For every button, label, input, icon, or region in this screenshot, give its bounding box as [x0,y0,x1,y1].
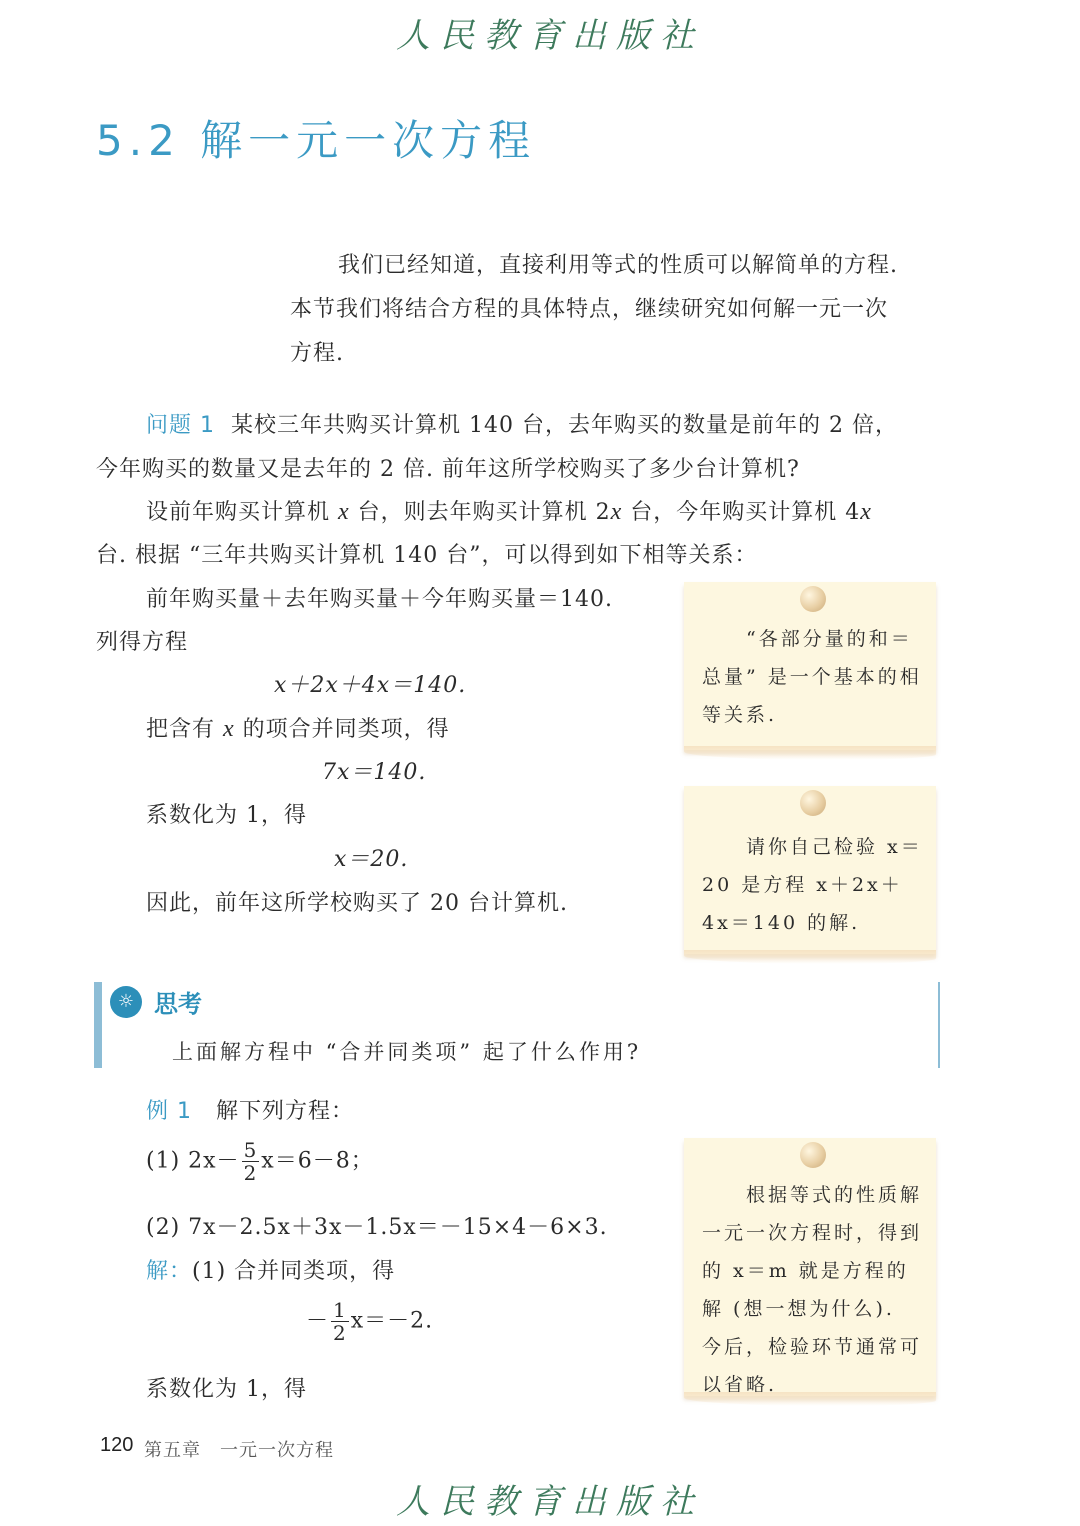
variable-x: x [860,499,872,525]
think-question: 上面解方程中 “合并同类项” 起了什么作用? [172,1036,641,1066]
variable-x: x [223,716,235,742]
sol-eq-suffix: x＝－2. [351,1309,433,1334]
solution-step-1: (1) 合并同类项，得 [192,1259,395,1284]
intro-line-1: 我们已经知道，直接利用等式的性质可以解简单的方程. [338,248,898,279]
think-label: 思考 [154,984,202,1019]
problem-1-line-2: 今年购买的数量又是去年的 2 倍. 前年这所学校购买了多少台计算机? [96,452,800,483]
publisher-logo-bottom: 人民教育出版社 [396,1474,704,1523]
side-note-1-text: “各部分量的和＝总量” 是一个基本的相等关系. [702,620,924,734]
think-right-bar [938,982,940,1068]
combine-like-terms: 把含有 x 的项合并同类项，得 [146,712,450,743]
pin-icon [800,586,826,612]
numerator: 1 [331,1300,349,1322]
example-1-equation-2: (2) 7x－2.5x＋3x－1.5x＝－15×4－6×3. [146,1210,608,1241]
solution-label: 解： [146,1259,192,1284]
paper-curl [684,950,936,964]
setup-line-1: 设前年购买计算机 x 台，则去年购买计算机 2x 台，今年购买计算机 4x [146,495,872,526]
setup-text-a: 设前年购买计算机 [146,500,338,525]
combine-text-a: 把含有 [146,717,223,742]
setup-line-2: 台. 根据 “三年共购买计算机 140 台”，可以得到如下相等关系： [96,538,757,569]
problem-1-line-1: 某校三年共购买计算机 140 台，去年购买的数量是前年的 2 倍， [231,413,898,438]
pin-icon [800,790,826,816]
eq1-prefix: (1) 2x－ [146,1149,240,1174]
publisher-logo-top: 人民教育出版社 [396,8,704,57]
equality-relation: 前年购买量＋去年购买量＋今年购买量＝140. [146,582,613,613]
fraction-1-over-2: 12 [331,1300,349,1343]
chapter-title: 第五章 一元一次方程 [144,1436,334,1462]
sol-eq-prefix: － [306,1309,329,1334]
lightbulb-icon: ☼ [110,986,142,1018]
side-note-3: 根据等式的性质解一元一次方程时，得到的 x＝m 就是方程的解 (想一想为什么).… [684,1138,936,1396]
pin-icon [800,1142,826,1168]
solution-equation: －12x＝－2. [306,1300,433,1343]
combine-text-b: 的项合并同类项，得 [235,717,450,742]
side-note-1: “各部分量的和＝总量” 是一个基本的相等关系. [684,582,936,750]
think-left-bar [94,982,102,1068]
section-title: 5.2 解一元一次方程 [96,108,536,168]
intro-line-2: 本节我们将结合方程的具体特点，继续研究如何解一元一次 [290,292,888,323]
side-note-3-text: 根据等式的性质解一元一次方程时，得到的 x＝m 就是方程的解 (想一想为什么).… [702,1176,924,1404]
example-1-label: 例 1 [146,1099,192,1124]
eq1-suffix: x＝6－8； [261,1149,373,1174]
paper-curl [684,746,936,760]
intro-line-3: 方程. [290,336,344,367]
solution-line-1: 解：(1) 合并同类项，得 [146,1254,395,1285]
side-note-2-text: 请你自己检验 x＝20 是方程 x＋2x＋4x＝140 的解. [702,828,924,942]
setup-text-c: 台，今年购买计算机 4 [622,500,860,525]
think-box: ☼ 思考 上面解方程中 “合并同类项” 起了什么作用? [94,982,940,1068]
page-number: 120 [100,1434,133,1457]
numerator: 5 [242,1140,260,1162]
example-1-equation-1: (1) 2x－52x＝6－8； [146,1140,374,1183]
side-note-2: 请你自己检验 x＝20 是方程 x＋2x＋4x＝140 的解. [684,786,936,954]
fraction-5-over-2: 52 [242,1140,260,1183]
problem-1: 问题 1 某校三年共购买计算机 140 台，去年购买的数量是前年的 2 倍， [146,408,898,439]
example-1-heading: 例 1 解下列方程： [146,1094,354,1125]
variable-x: x [611,499,623,525]
example-1-prompt: 解下列方程： [216,1099,354,1124]
variable-x: x [338,499,350,525]
list-equation-label: 列得方程 [96,625,188,656]
problem-1-label: 问题 1 [146,413,215,438]
equation-3: x＝20. [334,842,408,873]
denominator: 2 [331,1322,349,1343]
coefficient-step: 系数化为 1，得 [146,798,307,829]
conclusion: 因此，前年这所学校购买了 20 台计算机. [146,886,568,917]
equation-2: 7x＝140. [322,755,426,786]
solution-step-2: 系数化为 1，得 [146,1372,307,1403]
denominator: 2 [242,1162,260,1183]
equation-1: x＋2x＋4x＝140. [274,668,466,699]
setup-text-b: 台，则去年购买计算机 2 [350,500,611,525]
